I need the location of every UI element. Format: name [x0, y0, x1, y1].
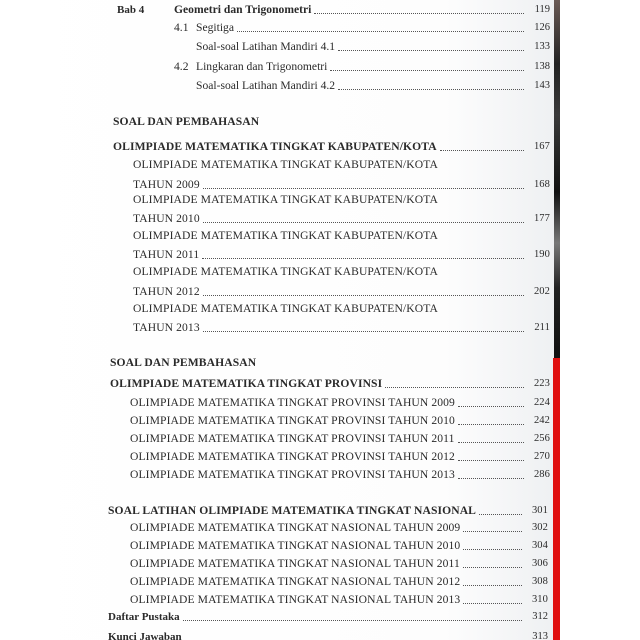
entry-title: OLIMPIADE MATEMATIKA TINGKAT NASIONAL TA… — [130, 539, 460, 553]
section-heading: SOAL DAN PEMBAHASAN — [113, 115, 259, 129]
entry-title: OLIMPIADE MATEMATIKA TINGKAT PROVINSI TA… — [130, 396, 455, 410]
entry-title: OLIMPIADE MATEMATIKA TINGKAT NASIONAL TA… — [130, 521, 460, 535]
section-number: 4.2 — [174, 60, 189, 74]
toc-entry-exercise[interactable]: Soal-soal Latihan Mandiri 4.1 133 — [196, 40, 550, 54]
entry-title: Soal-soal Latihan Mandiri 4.2 — [196, 79, 335, 93]
background — [560, 0, 640, 640]
entry-title-line1: OLIMPIADE MATEMATIKA TINGKAT KABUPATEN/K… — [133, 302, 438, 316]
toc-entry-heading[interactable]: OLIMPIADE MATEMATIKA TINGKAT PROVINSI 22… — [110, 377, 550, 391]
toc-entry-kabupaten[interactable]: TAHUN 2011 190 — [133, 248, 550, 262]
leader-dots — [463, 585, 522, 586]
toc-entry-answer-key[interactable]: Kunci Jawaban 313 — [108, 630, 548, 640]
entry-title: Kunci Jawaban — [108, 630, 182, 640]
section-number: 4.1 — [174, 21, 189, 35]
leader-dots — [463, 603, 522, 604]
page-number: 286 — [528, 468, 550, 482]
section-heading: SOAL DAN PEMBAHASAN — [110, 356, 256, 370]
toc-entry-provinsi[interactable]: OLIMPIADE MATEMATIKA TINGKAT PROVINSI TA… — [130, 450, 550, 464]
entry-title: OLIMPIADE MATEMATIKA TINGKAT NASIONAL TA… — [130, 557, 460, 571]
page-number: 167 — [528, 140, 550, 154]
entry-title: Daftar Pustaka — [108, 610, 180, 624]
entry-title: Soal-soal Latihan Mandiri 4.1 — [196, 40, 335, 54]
leader-dots — [463, 549, 522, 550]
page-number: 168 — [528, 178, 550, 192]
toc-entry-nasional[interactable]: OLIMPIADE MATEMATIKA TINGKAT NASIONAL TA… — [130, 575, 548, 589]
toc-entry-heading[interactable]: OLIMPIADE MATEMATIKA TINGKAT KABUPATEN/K… — [113, 140, 550, 154]
entry-title-line1: OLIMPIADE MATEMATIKA TINGKAT KABUPATEN/K… — [133, 265, 438, 279]
page-number: 312 — [526, 610, 548, 624]
page-number: 256 — [528, 432, 550, 446]
toc-entry-chapter[interactable]: Geometri dan Trigonometri 119 — [174, 3, 550, 17]
entry-title-line1: OLIMPIADE MATEMATIKA TINGKAT KABUPATEN/K… — [133, 193, 438, 207]
toc-entry-provinsi[interactable]: OLIMPIADE MATEMATIKA TINGKAT PROVINSI TA… — [130, 396, 550, 410]
toc-entry-nasional[interactable]: OLIMPIADE MATEMATIKA TINGKAT NASIONAL TA… — [130, 539, 548, 553]
page-number: 177 — [528, 212, 550, 226]
toc-entry-kabupaten[interactable]: TAHUN 2012 202 — [133, 285, 550, 299]
leader-dots — [385, 387, 524, 388]
toc-entry-section[interactable]: Segitiga 126 — [196, 21, 550, 35]
leader-dots — [314, 13, 524, 14]
entry-title: OLIMPIADE MATEMATIKA TINGKAT NASIONAL TA… — [130, 593, 460, 607]
entry-title: OLIMPIADE MATEMATIKA TINGKAT KABUPATEN/K… — [113, 140, 437, 154]
leader-dots — [440, 150, 524, 151]
leader-dots — [458, 424, 524, 425]
entry-title-line2: TAHUN 2011 — [133, 248, 199, 262]
page-number: 242 — [528, 414, 550, 428]
toc-entry-nasional[interactable]: OLIMPIADE MATEMATIKA TINGKAT NASIONAL TA… — [130, 557, 548, 571]
entry-title: Geometri dan Trigonometri — [174, 3, 311, 17]
entry-title: OLIMPIADE MATEMATIKA TINGKAT PROVINSI TA… — [130, 468, 455, 482]
page-number: 224 — [528, 396, 550, 410]
toc-entry-section[interactable]: Lingkaran dan Trigonometri 138 — [196, 60, 550, 74]
toc-entry-kabupaten[interactable]: TAHUN 2010 177 — [133, 212, 550, 226]
entry-title: Segitiga — [196, 21, 234, 35]
entry-title-line2: TAHUN 2009 — [133, 178, 200, 192]
entry-title: Lingkaran dan Trigonometri — [196, 60, 327, 74]
entry-title-line2: TAHUN 2010 — [133, 212, 200, 226]
entry-title: OLIMPIADE MATEMATIKA TINGKAT NASIONAL TA… — [130, 575, 460, 589]
leader-dots — [479, 514, 522, 515]
page-number: 306 — [526, 557, 548, 571]
toc-entry-kabupaten[interactable]: TAHUN 2013 211 — [133, 321, 550, 335]
entry-title: OLIMPIADE MATEMATIKA TINGKAT PROVINSI TA… — [130, 432, 455, 446]
page-number: 223 — [528, 377, 550, 391]
entry-title-line1: OLIMPIADE MATEMATIKA TINGKAT KABUPATEN/K… — [133, 229, 438, 243]
entry-title: OLIMPIADE MATEMATIKA TINGKAT PROVINSI — [110, 377, 382, 391]
page-number: 308 — [526, 575, 548, 589]
page-number: 304 — [526, 539, 548, 553]
leader-dots — [203, 188, 524, 189]
page-number: 143 — [528, 79, 550, 93]
page-number: 119 — [528, 3, 550, 17]
page-number: 301 — [526, 504, 548, 518]
page-number: 310 — [526, 593, 548, 607]
leader-dots — [458, 478, 524, 479]
entry-title: OLIMPIADE MATEMATIKA TINGKAT PROVINSI TA… — [130, 450, 455, 464]
page-number: 211 — [528, 321, 550, 335]
leader-dots — [203, 295, 524, 296]
toc-entry-provinsi[interactable]: OLIMPIADE MATEMATIKA TINGKAT PROVINSI TA… — [130, 432, 550, 446]
toc-entry-kabupaten[interactable]: TAHUN 2009 168 — [133, 178, 550, 192]
leader-dots — [338, 89, 524, 90]
entry-title-line2: TAHUN 2013 — [133, 321, 200, 335]
toc-entry-nasional[interactable]: OLIMPIADE MATEMATIKA TINGKAT NASIONAL TA… — [130, 521, 548, 535]
leader-dots — [458, 442, 524, 443]
leader-dots — [458, 406, 524, 407]
page-number: 270 — [528, 450, 550, 464]
page-number: 138 — [528, 60, 550, 74]
toc-entry-heading[interactable]: SOAL LATIHAN OLIMPIADE MATEMATIKA TINGKA… — [108, 504, 548, 518]
page-number: 202 — [528, 285, 550, 299]
page-number: 302 — [526, 521, 548, 535]
toc-entry-nasional[interactable]: OLIMPIADE MATEMATIKA TINGKAT NASIONAL TA… — [130, 593, 548, 607]
toc-entry-provinsi[interactable]: OLIMPIADE MATEMATIKA TINGKAT PROVINSI TA… — [130, 414, 550, 428]
leader-dots — [237, 31, 524, 32]
entry-title: OLIMPIADE MATEMATIKA TINGKAT PROVINSI TA… — [130, 414, 455, 428]
leader-dots — [202, 258, 524, 259]
entry-title: SOAL LATIHAN OLIMPIADE MATEMATIKA TINGKA… — [108, 504, 476, 518]
toc-entry-provinsi[interactable]: OLIMPIADE MATEMATIKA TINGKAT PROVINSI TA… — [130, 468, 550, 482]
entry-title-line2: TAHUN 2012 — [133, 285, 200, 299]
leader-dots — [330, 70, 524, 71]
toc-entry-bibliography[interactable]: Daftar Pustaka 312 — [108, 610, 548, 624]
book-spine-red-band — [553, 358, 560, 640]
leader-dots — [463, 531, 522, 532]
page-number: 190 — [528, 248, 550, 262]
leader-dots — [338, 50, 524, 51]
toc-entry-exercise[interactable]: Soal-soal Latihan Mandiri 4.2 143 — [196, 79, 550, 93]
leader-dots — [463, 567, 522, 568]
entry-title-line1: OLIMPIADE MATEMATIKA TINGKAT KABUPATEN/K… — [133, 158, 438, 172]
page-number: 313 — [526, 630, 548, 640]
leader-dots — [458, 460, 524, 461]
page-number: 126 — [528, 21, 550, 35]
leader-dots — [203, 331, 524, 332]
leader-dots — [203, 222, 524, 223]
leader-dots — [183, 620, 522, 621]
chapter-label: Bab 4 — [117, 3, 144, 17]
page-number: 133 — [528, 40, 550, 54]
